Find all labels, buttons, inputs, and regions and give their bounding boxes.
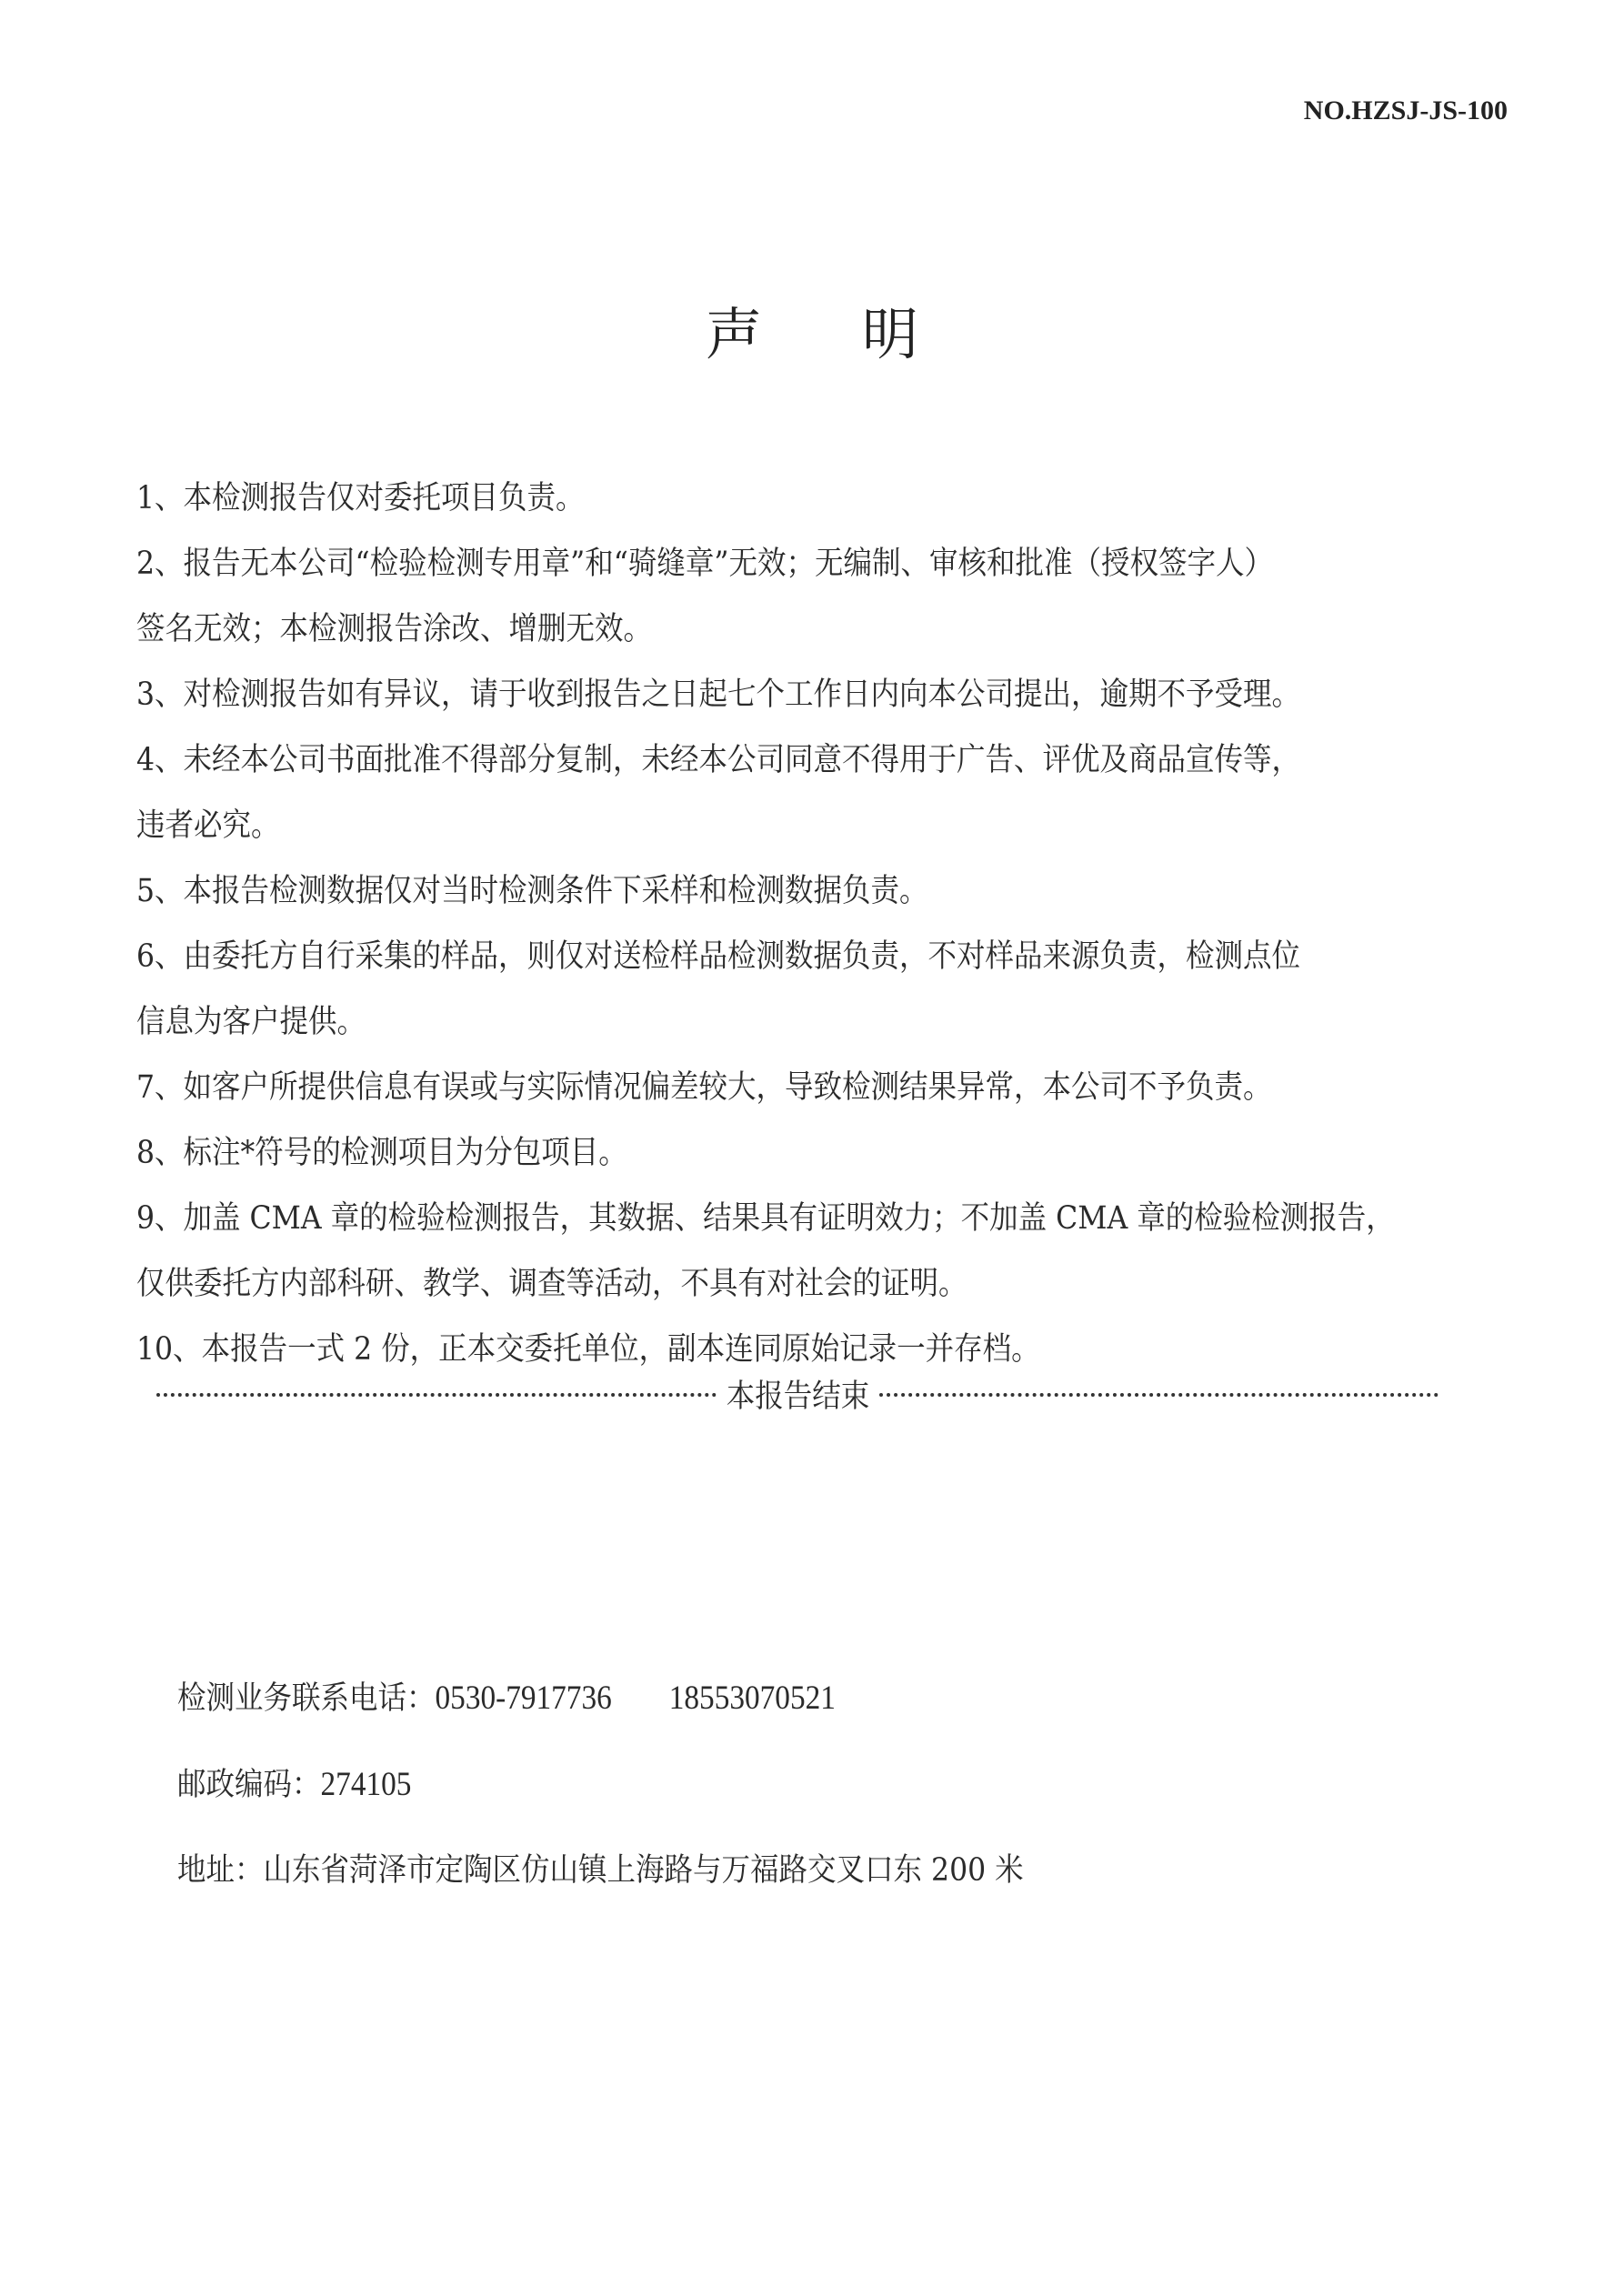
address-line: 地址：山东省菏泽市定陶区仿山镇上海路与万福路交叉口东 200 米	[177, 1828, 1024, 1914]
postcode-value: 274105	[321, 1766, 412, 1803]
clause-line: 仅供委托方内部科研、教学、调查等活动，不具有对社会的证明。	[136, 1251, 1364, 1317]
clause-line: 4、未经本公司书面批准不得部分复制，未经本公司同意不得用于广告、评优及商品宣传等…	[136, 727, 1364, 793]
phone-number-1: 0530-7917736	[436, 1679, 612, 1717]
clause-line: 8、标注*符号的检测项目为分包项目。	[136, 1120, 1364, 1186]
clause-line: 5、本报告检测数据仅对当时检测条件下采样和检测数据负责。	[136, 858, 1364, 924]
page-title: 声明	[0, 289, 1624, 370]
address-label: 地址：	[177, 1852, 264, 1889]
phone-line: 检测业务联系电话：0530-791773618553070521	[177, 1655, 1024, 1741]
clause-line: 7、如客户所提供信息有误或与实际情况偏差较大，导致检测结果异常，本公司不予负责。	[136, 1055, 1364, 1120]
clause-line: 签名无效；本检测报告涂改、增删无效。	[136, 597, 1364, 662]
contact-info: 检测业务联系电话：0530-791773618553070521 邮政编码：27…	[177, 1655, 1118, 1914]
postcode-line: 邮政编码：274105	[177, 1741, 1024, 1828]
clause-line: 违者必究。	[136, 793, 1364, 858]
end-marker-text: 本报告结束	[724, 1371, 870, 1417]
statement-clauses: 1、本检测报告仅对委托项目负责。 2、报告无本公司“检验检测专用章”和“骑缝章”…	[136, 466, 1500, 1382]
clause-line: 2、报告无本公司“检验检测专用章”和“骑缝章”无效；无编制、审核和批准（授权签字…	[136, 531, 1364, 597]
phone-number-2: 18553070521	[669, 1679, 836, 1717]
dotted-divider	[156, 1393, 717, 1397]
phone-label: 检测业务联系电话：	[177, 1680, 436, 1717]
clause-line: 3、对检测报告如有异议，请于收到报告之日起七个工作日内向本公司提出，逾期不予受理…	[136, 662, 1364, 727]
clause-line: 6、由委托方自行采集的样品，则仅对送检样品检测数据负责，不对样品来源负责，检测点…	[136, 924, 1364, 989]
clause-line: 9、加盖 CMA 章的检验检测报告，其数据、结果具有证明效力；不加盖 CMA 章…	[136, 1186, 1364, 1251]
clause-line: 信息为客户提供。	[136, 989, 1364, 1055]
document-number: NO.HZSJ-JS-100	[1304, 95, 1508, 126]
postcode-label: 邮政编码：	[177, 1767, 321, 1803]
report-end-marker: 本报告结束	[156, 1371, 1439, 1417]
address-value: 山东省菏泽市定陶区仿山镇上海路与万福路交叉口东 200 米	[264, 1852, 1024, 1889]
clause-line: 1、本检测报告仅对委托项目负责。	[136, 466, 1364, 531]
dotted-divider	[879, 1393, 1439, 1397]
